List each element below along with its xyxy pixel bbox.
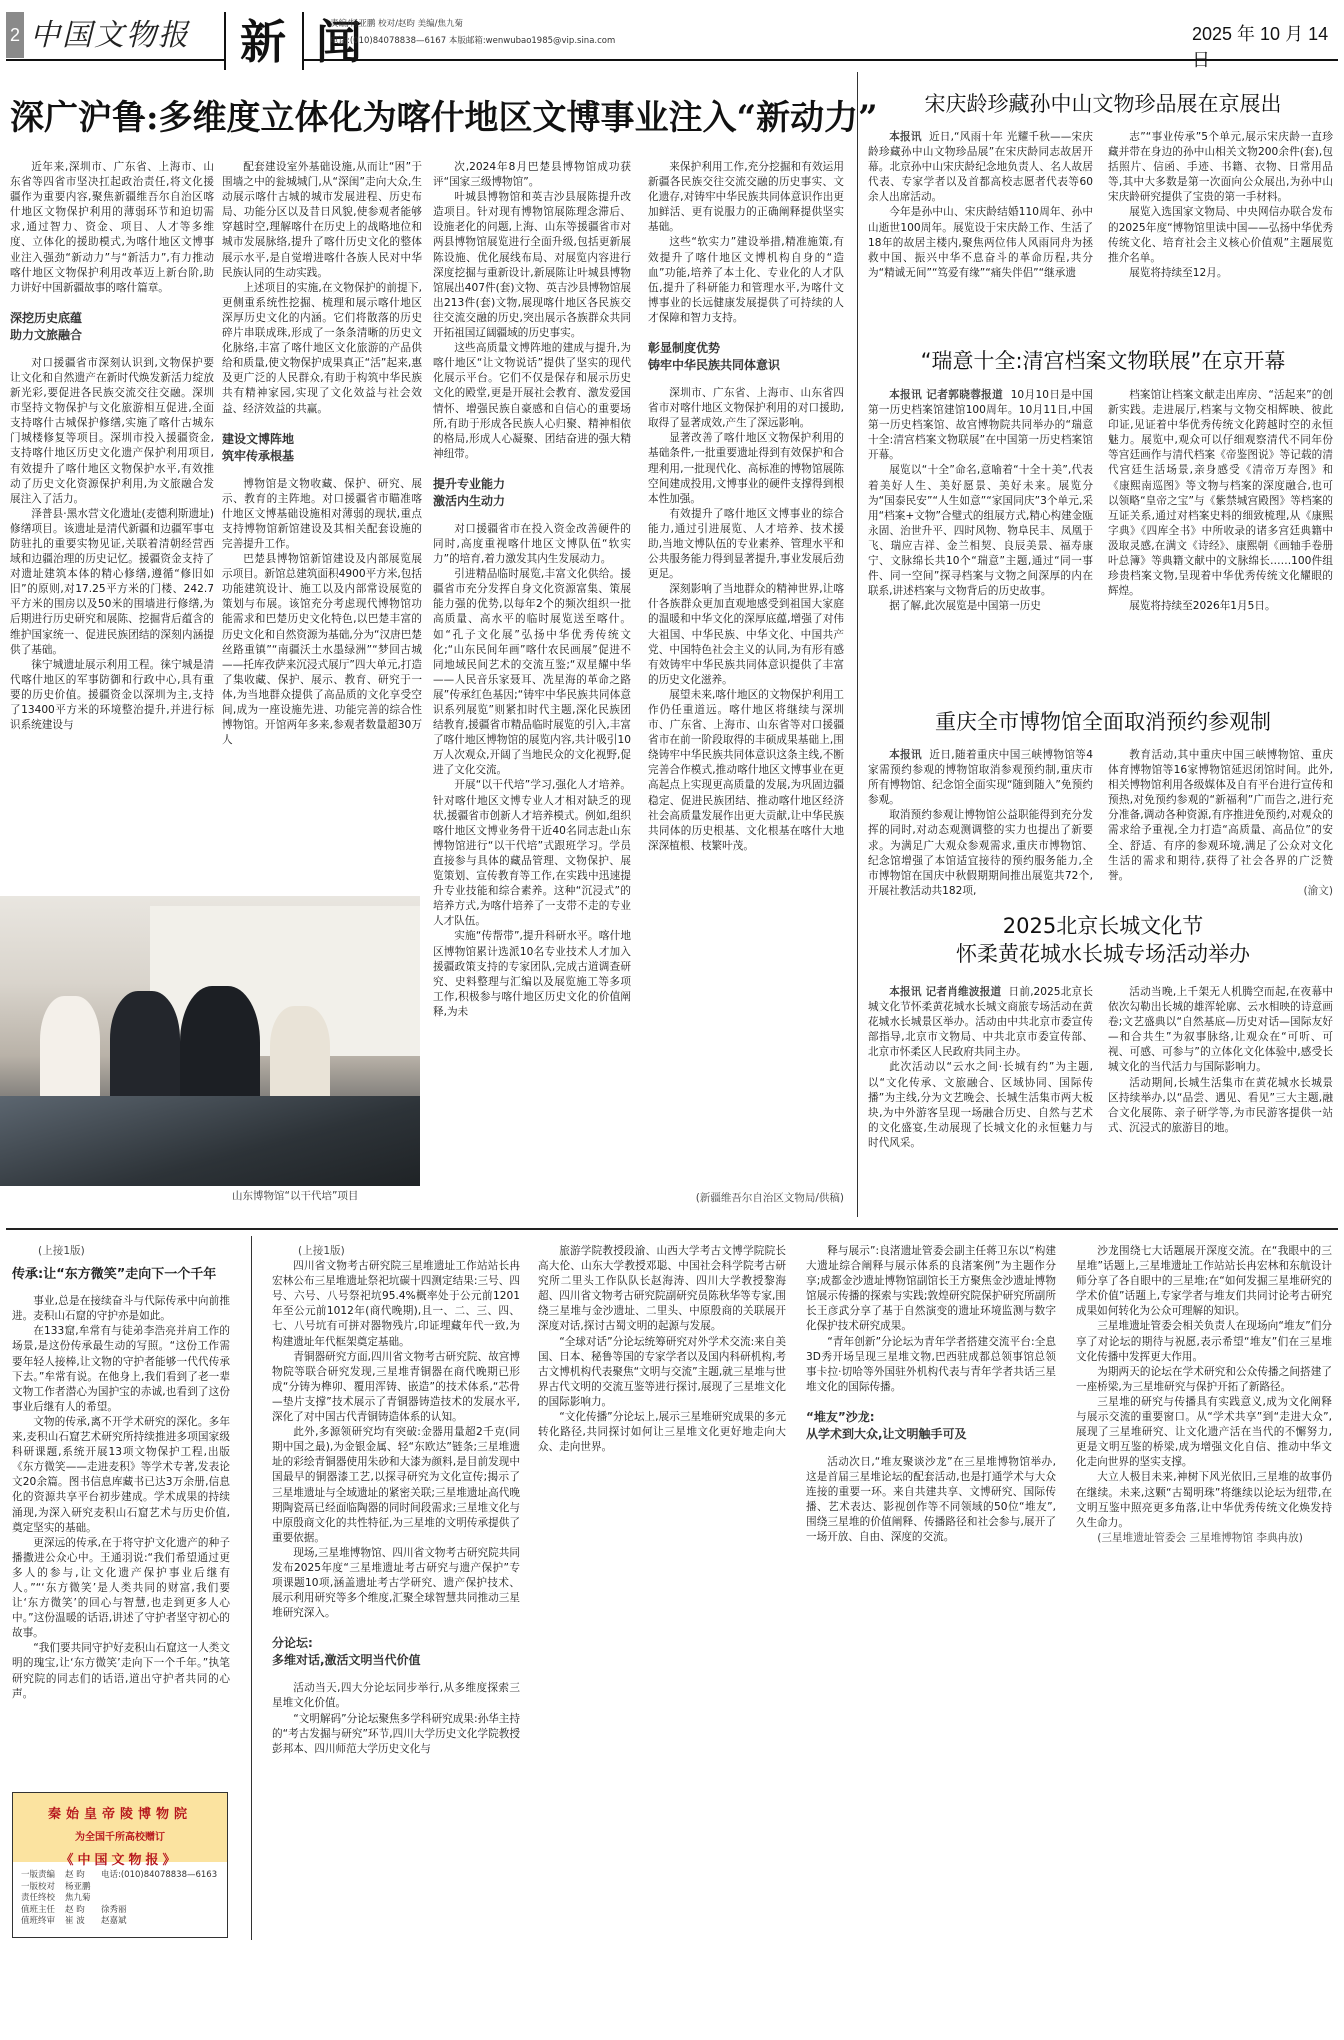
paragraph: 博物馆是文物收藏、保护、研究、展示、教育的主阵地。对口援疆省市瞄准喀什地区文博基… [222,477,422,552]
paragraph: 配套建设室外基础设施,从而让“困”于围墙之中的瓮城城门,从“深闺”走向大众,生动… [222,160,422,281]
paragraph: 活动当天,四大分论坛同步举行,从多维度探索三星堆文化价值。 [272,1681,520,1711]
column-divider [251,1236,252,1940]
paragraph: 展览将持续至2026年1月5日。 [1108,599,1333,614]
subheading-line: 建设文博阵地 [222,431,422,448]
paragraph: 次,2024年8月巴楚县博物馆成功获评“国家三级博物馆”。 [433,160,631,190]
paragraph: 现场,三星堆博物馆、四川省文物考古研究院共同发布2025年度“三星堆遗址考古研究… [272,1546,520,1621]
editor-contact: 电话:(010)84078838—6167 本版邮箱:wenwubao1985@… [330,33,615,50]
staff-extra: 赵嘉斌 [101,1916,127,1928]
paragraph: 三星堆遗址管委会相关负责人在现场向“堆友”们分享了对论坛的期待与祝愿,表示希望“… [1076,1319,1332,1364]
staff-role: 一版责编 [21,1870,65,1882]
continued5-column: 沙龙围绕七大话题展开深度交流。在“我眼中的三星堆”话题上,三星堆遗址工作站站长冉… [1076,1244,1332,1934]
paragraph: 档案馆让档案文献走出库房、“活起来”的创新实践。走进展厅,档案与文物交相辉映、彼… [1108,388,1333,599]
paragraph: 巴楚县博物馆新馆建设及内部展览展示项目。新馆总建筑面积4900平方米,包括功能建… [222,552,422,748]
news-photo [0,896,420,1186]
paragraph: 开展“以干代培”学习,强化人才培养。针对喀什地区文博专业人才相对缺乏的现状,援疆… [433,778,631,929]
paragraph: 此外,多源领研究均有突破:金器用量超2千克(同期中国之最),为金银金属、轻“东欧… [272,1425,520,1546]
subheading-line: 提升专业能力 [433,476,631,493]
article-credit: (渝文) [1108,884,1333,898]
subheading-line: 筑牢传承根基 [222,448,422,465]
staff-role: 值班终审 [21,1916,65,1928]
article-credit: (新疆维吾尔自治区文物局/供稿) [648,1190,844,1205]
paragraph: 展览入选国家文物局、中央网信办联合发布的2025年度“博物馆里读中国——弘扬中华… [1108,205,1333,265]
paragraph: 这些高质量文博阵地的建成与提升,为喀什地区“让文物说话”提供了坚实的现代化展示平… [433,341,631,462]
paragraph: 泽普县·黑水营文化遗址(麦德利斯遗址)修缮项目。该遗址是清代新疆和边疆军事屯防驻… [10,507,214,658]
paragraph: 徕宁城遗址展示利用工程。徕宁城是清代喀什地区的军事防御和行政中心,具有重要的历史… [10,658,214,733]
article5-col2: 活动当晚,上千架无人机腾空而起,在夜幕中依次勾勒出长城的雄浑轮廓、云水相映的诗意… [1108,985,1333,1205]
continued3-column: 旅游学院教授段渝、山西大学考古文博学院院长高大伦、山东大学教授邓聪、中国社会科学… [538,1244,786,1934]
article3-col1: 本报讯 记者郭晓蓉报道 10月10日是中国第一历史档案馆建馆100周年。10月1… [868,388,1093,683]
staff-name: 赵 昀 [65,1905,101,1917]
staff-extra: 徐秀丽 [101,1905,127,1917]
paragraph: 展览将持续至12月。 [1108,266,1333,280]
headline-line: 怀柔黄花城水长城专场活动举办 [868,940,1338,968]
main-headline: 深广沪鲁:多维度立体化为喀什地区文博事业注入“新动力” [10,90,878,139]
byline: 本报讯 记者郭晓蓉报道 [889,389,1003,401]
continued1-headline: 传承:让“东方微笑”走向下一个千年 [12,1267,230,1282]
paragraph: 释与展示”:良渚遗址管委会副主任蒋卫东以“构建大遗址综合阐释与展示体系的良渚案例… [806,1244,1056,1335]
headline-line: 2025北京长城文化节 [868,912,1338,940]
paragraph: 活动次日,“堆友聚谈沙龙”在三星堆博物馆举办,这是首届三星堆论坛的配套活动,也是… [806,1455,1056,1546]
staff-name: 杨亚鹏 [65,1882,101,1894]
subheading-line: 从学术到大众,让文明触手可及 [806,1426,1056,1443]
paragraph: 志”“事业传承”5个单元,展示宋庆龄一直珍藏并带在身边的孙中山相关文物200余件… [1108,130,1333,205]
jump-label: (上接1版) [298,1244,520,1259]
publication-date: 2025 年 10 月 14 日 [1192,20,1344,72]
paragraph: 青铜器研究方面,四川省文物考古研究院、故宫博物院等联合研究发现,三星堆青铜器在商… [272,1350,520,1425]
paragraph: 叶城县博物馆和英吉沙县展陈提升改造项目。针对现有博物馆展陈理念滞后、设施老化的问… [433,190,631,341]
paragraph: 文物的传承,离不开学术研究的深化。多年来,麦积山石窟艺术研究所持续推进多项国家级… [12,1415,230,1536]
main-article-col3: 次,2024年8月巴楚县博物馆成功获评“国家三级博物馆”。 叶城县博物馆和英吉沙… [433,160,631,1200]
paragraph: 三星堆的研究与传播具有实践意义,成为文化阐释与展示交流的重要窗口。从“学术共享”… [1076,1395,1332,1470]
paragraph: 深圳市、广东省、上海市、山东省四省市对喀什地区文物保护利用的对口援助,取得了显著… [648,386,844,431]
masthead-rule-right [304,59,1338,61]
staff-name: 焦九菊 [65,1893,101,1905]
column-divider [857,72,858,1217]
paragraph: 来保护利用工作,充分挖掘和有效运用新疆各民族交往交流交融的历史事实、文化遗存,对… [648,160,844,235]
jump-label: (上接1版) [38,1244,230,1259]
article4-col1: 本报讯 近日,随着重庆中国三峡博物馆等4家需预约参观的博物馆取消参观预约制,重庆… [868,748,1093,898]
masthead: 2 中国文物报 新闻 责编/杨亚鹏 校对/赵昀 美编/焦九菊 电话:(010)8… [0,0,1344,70]
staff-role: 责任终校 [21,1893,65,1905]
masthead-rule-left [6,59,224,61]
paragraph: 沙龙围绕七大话题展开深度交流。在“我眼中的三星堆”话题上,三星堆遗址工作站站长冉… [1076,1244,1332,1319]
continued4-column: 释与展示”:良渚遗址管委会副主任蒋卫东以“构建大遗址综合阐释与展示体系的良渚案例… [806,1244,1056,1934]
subheading: 提升专业能力 激活内生动力 [433,476,631,510]
paragraph: 引进精品临时展览,丰富文化供给。援疆省市充分发挥自身文化资源富集、策展能力强的优… [433,567,631,778]
paragraph: 活动期间,长城生活集市在黄花城水长城景区持续举办,以“品尝、遇见、看见”三大主题… [1108,1076,1333,1136]
subheading: 深挖历史底蕴 助力文旅融合 [10,310,214,344]
paragraph: 深刻影响了当地群众的精神世界,让喀什各族群众更加直观地感受到祖国大家庭的温暖和中… [648,582,844,688]
staff-row: 一版校对杨亚鹏 [21,1882,219,1894]
paragraph: 为期两天的论坛在学术研究和公众传播之间搭建了一座桥梁,为三星堆研究与保护开拓了新… [1076,1365,1332,1395]
paragraph: 事业,总是在接续奋斗与代际传承中向前推进。麦积山石窟的守护亦是如此。 [12,1294,230,1324]
byline: 本报讯 [889,131,922,143]
photo-display-case [0,1096,420,1186]
paragraph: “文明解码”分论坛聚焦多学科研究成果:孙华主持的“考古发掘与研究”环节,四川大学… [272,1712,520,1757]
main-article-col1: 近年来,深圳市、广东省、上海市、山东省等四省市坚决扛起政治责任,将文化援疆作为重… [10,160,214,886]
byline: 本报讯 [889,749,922,761]
article4-headline: 重庆全市博物馆全面取消预约参观制 [868,706,1338,736]
staff-row: 一版责编赵 昀电话:(010)84078838—6163 [21,1870,219,1882]
paragraph: 在133窟,牟常有与徒弟李浩亮并肩工作的场景,是这份传承最生动的写照。“这份工作… [12,1324,230,1415]
main-article-col4: 来保护利用工作,充分挖掘和有效运用新疆各民族交往交流交融的历史事实、文化遗存,对… [648,160,844,1190]
paragraph: 教育活动,其中重庆中国三峡博物馆、重庆体育博物馆等16家博物馆延迟闭馆时间。此外… [1108,748,1333,884]
paragraph: “全球对话”分论坛统筹研究对外学术交流:来自美国、日本、秘鲁等国的专家学者以及国… [538,1335,786,1410]
staff-row: 值班终审崔 波赵嘉斌 [21,1916,219,1928]
paragraph: 此次活动以“云水之间·长城有约”为主题,以“文化传承、文旅融合、区域协同、国际传… [868,1060,1093,1151]
paragraph: 更深远的传承,在于将守护文化遗产的种子播撒进公众心中。王通羽说:“我们希望通过更… [12,1536,230,1642]
staff-row: 值班主任赵 昀徐秀丽 [21,1905,219,1917]
article5-col1: 本报讯 记者肖维波报道 日前,2025北京长城文化节怀柔黄花城水长城文商旅专场活… [868,985,1093,1205]
photo-caption: 山东博物馆“以干代培”项目 [232,1188,358,1203]
photo-person [40,996,100,1106]
editor-credits: 责编/杨亚鹏 校对/赵昀 美编/焦九菊 电话:(010)84078838—616… [330,16,615,50]
staff-name: 赵 昀 [65,1870,101,1882]
subheading-line: 铸牢中华民族共同体意识 [648,357,844,374]
article4-col2: 教育活动,其中重庆中国三峡博物馆、重庆体育博物馆等16家博物馆延迟闭馆时间。此外… [1108,748,1333,898]
continued2-column: (上接1版) 四川省文物考古研究院三星堆遗址工作站站长冉宏林公布三星堆遗址祭祀坑… [272,1244,520,1934]
paragraph: 活动当晚,上千架无人机腾空而起,在夜幕中依次勾勒出长城的雄浑轮廓、云水相映的诗意… [1108,985,1333,1076]
section-divider [6,1228,1338,1230]
paragraph: 对口援疆省市深刻认识到,文物保护要让文化和自然遗产在新时代焕发新活力绽放新光彩,… [10,356,214,507]
photo-person [270,1006,330,1106]
promo-museum-name: 秦始皇帝陵博物院 [13,1803,227,1822]
article2-col1: 本报讯 近日,“风雨十年 光耀千秋——宋庆龄珍藏孙中山文物珍品展”在宋庆龄同志故… [868,130,1093,280]
paragraph: 上述项目的实施,在文物保护的前提下,更侧重系统性挖掘、梳理和展示喀什地区深厚历史… [222,281,422,417]
photo-person [110,991,180,1111]
staff-extra: 电话:(010)84078838—6163 [101,1870,217,1882]
paragraph: “我们要共同守护好麦积山石窟这一人类文明的瑰宝,让‘东方微笑’走向下一个千年。”… [12,1641,230,1701]
subheading: 分论坛: 多维对话,激活文明当代价值 [272,1635,520,1669]
staff-name: 崔 波 [65,1916,101,1928]
paragraph: “青年创新”分论坛为青年学者搭建交流平台:全息3D秀开场呈现三星堆文物,巴西驻成… [806,1335,1056,1395]
subheading-line: “堆友”沙龙: [806,1409,1056,1426]
paragraph: 今年是孙中山、宋庆龄结婚110周年、孙中山逝世100周年。展览设于宋庆龄工作、生… [868,205,1093,280]
subheading: “堆友”沙龙: 从学术到大众,让文明触手可及 [806,1409,1056,1443]
article3-headline: “瑞意十全:清宫档案文物联展”在京开幕 [868,345,1338,375]
subheading-line: 分论坛: [272,1635,520,1652]
promo-text: 为全国千所高校赠订 [13,1828,227,1843]
paragraph: 取消预约参观让博物馆公益职能得到充分发挥的同时,对动态观测调整的实力也提出了新要… [868,808,1093,898]
continued1-column: (上接1版) 传承:让“东方微笑”走向下一个千年 事业,总是在接续奋斗与代际传承… [12,1244,230,1782]
subheading-line: 彰显制度优势 [648,340,844,357]
promo-banner: 秦始皇帝陵博物院 为全国千所高校赠订 《中国文物报》 [12,1792,228,1862]
page-number: 2 [6,12,24,58]
paragraph: 据了解,此次展览是中国第一历史 [868,599,1093,614]
article3-col2: 档案馆让档案文献走出库房、“活起来”的创新实践。走进展厅,档案与文物交相辉映、彼… [1108,388,1333,683]
subheading-line: 助力文旅融合 [10,327,214,344]
paragraph: 这些“软实力”建设举措,精准施策,有效提升了喀什地区文博机构自身的“造血”功能,… [648,235,844,326]
paper-logo: 中国文物报 [30,10,190,54]
paragraph: 近年来,深圳市、广东省、上海市、山东省等四省市坚决扛起政治责任,将文化援疆作为重… [10,160,214,296]
staff-row: 责任终校焦九菊 [21,1893,219,1905]
subheading-line: 多维对话,激活文明当代价值 [272,1652,520,1669]
staff-role: 一版校对 [21,1882,65,1894]
paragraph: 对口援疆省市在投入资金改善硬件的同时,高度重视喀什地区文博队伍“软实力”的培育,… [433,522,631,567]
paragraph: 展览以“十全”命名,意喻着“十全十美”,代表着美好人生、美好愿景、美好未来。展览… [868,463,1093,599]
masthead-divider [302,12,304,70]
paragraph: 实施“传帮带”,提升科研水平。喀什地区博物馆累计选派10名专业技术人才加入援疆政… [433,929,631,1020]
subheading: 彰显制度优势 铸牢中华民族共同体意识 [648,340,844,374]
paragraph: 显著改善了喀什地区文物保护利用的基础条件,一批重要遗址得到有效保护和合理利用,一… [648,431,844,506]
subheading-line: 激活内生动力 [433,493,631,510]
article2-col2: 志”“事业传承”5个单元,展示宋庆龄一直珍藏并带在身边的孙中山相关文物200余件… [1108,130,1333,280]
paragraph: “文化传播”分论坛上,展示三星堆研究成果的多元转化路径,共同探讨如何让三星堆文化… [538,1410,786,1455]
paragraph: 有效提升了喀什地区文博事业的综合能力,通过引进展览、人才培养、技术援助,当地文博… [648,507,844,582]
staff-credits-box: 一版责编赵 昀电话:(010)84078838—6163 一版校对杨亚鹏 责任终… [12,1862,228,1938]
main-article-col2: 配套建设室外基础设施,从而让“困”于围墙之中的瓮城城门,从“深闺”走向大众,生动… [222,160,422,886]
paragraph: 大立人极目未来,神树下风光依旧,三星堆的故事仍在继续。未来,这颗“古蜀明珠”将继… [1076,1470,1332,1530]
subheading: 建设文博阵地 筑牢传承根基 [222,431,422,465]
byline: 本报讯 记者肖维波报道 [889,986,1001,998]
subheading-line: 深挖历史底蕴 [10,310,214,327]
article5-headline: 2025北京长城文化节 怀柔黄花城水长城专场活动举办 [868,912,1338,968]
paragraph: 展望未来,喀什地区的文物保护利用工作仍任重道远。喀什地区将继续与深圳市、广东省、… [648,688,844,854]
paragraph: 四川省文物考古研究院三星堆遗址工作站站长冉宏林公布三星堆遗址祭祀坑碳十四测定结果… [272,1259,520,1350]
staff-role: 值班主任 [21,1905,65,1917]
article2-headline: 宋庆龄珍藏孙中山文物珍品展在京展出 [868,88,1338,118]
editor-names: 责编/杨亚鹏 校对/赵昀 美编/焦九菊 [330,16,615,33]
masthead-divider [224,12,226,70]
paragraph: 旅游学院教授段渝、山西大学考古文博学院院长高大伦、山东大学教授邓聪、中国社会科学… [538,1244,786,1335]
article-credit: (三星堆遗址管委会 三星堆博物馆 李典冉放) [1076,1531,1332,1546]
